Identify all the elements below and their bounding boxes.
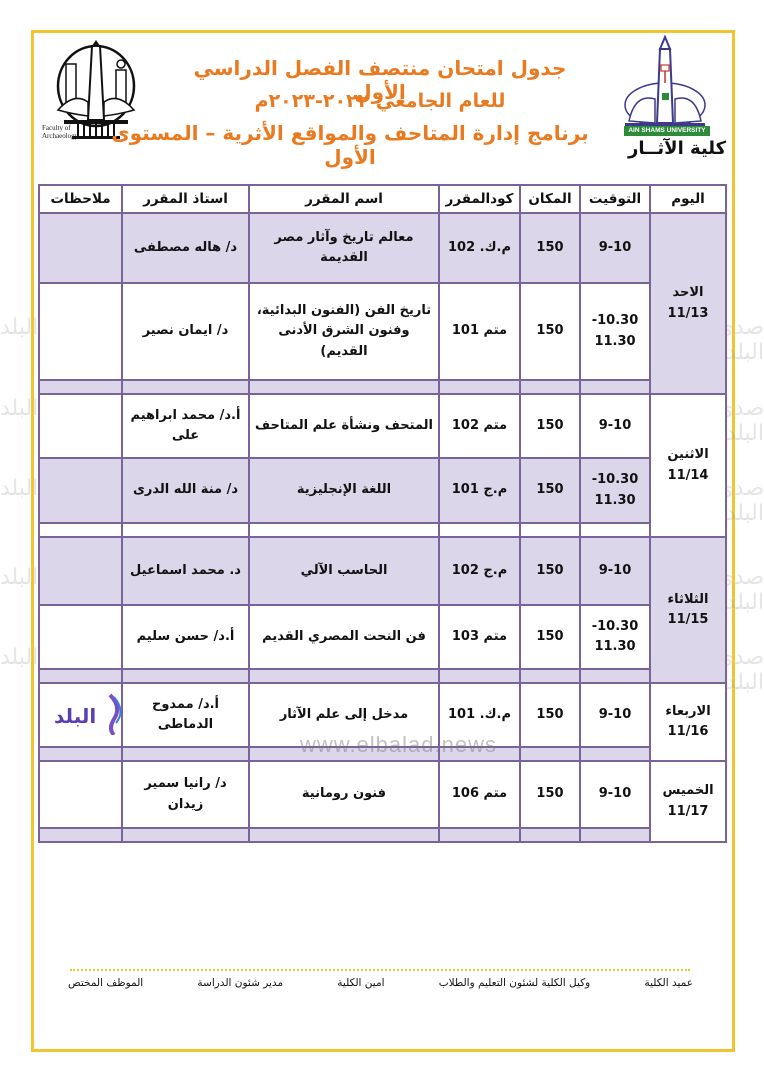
logo-caption-line1: Faculty of (42, 124, 78, 132)
table-row: 10.30- 11.30 150 م.ج 101 اللغة الإنجليزي… (39, 458, 726, 523)
time-cell: 9-10 (580, 683, 650, 747)
place-cell: 150 (520, 683, 580, 747)
day-cell: الاحد 11/13 (650, 213, 726, 394)
col-header-day: اليوم (650, 185, 726, 213)
instructor-cell: د/ هاله مصطفى (122, 213, 249, 283)
table-row: الخميس 11/17 9-10 150 متم 106 فنون رومان… (39, 761, 726, 828)
signature-vice-dean: وكيل الكلية لشئون التعليم والطلاب (439, 977, 591, 989)
elbalad-brand-logo-icon: البلد (52, 693, 124, 735)
day-name: الاربعاء (654, 702, 722, 722)
table-row: الاثنين 11/14 9-10 150 متم 102 المتحف ون… (39, 394, 726, 458)
code-cell: م.ج 101 (439, 458, 520, 523)
code-cell: م.ك. 102 (439, 213, 520, 283)
col-header-place: المكان (520, 185, 580, 213)
place-cell: 150 (520, 283, 580, 380)
spacer-row (39, 828, 726, 842)
col-header-code: كودالمقرر (439, 185, 520, 213)
day-name: الثلاثاء (654, 590, 722, 610)
time-cell: 9-10 (580, 537, 650, 605)
notes-cell (39, 537, 122, 605)
table-row: الثلاثاء 11/15 9-10 150 م.ج 102 الحاسب ا… (39, 537, 726, 605)
code-cell: متم 103 (439, 605, 520, 669)
course-cell: تاريخ الفن (الفنون البدائية، وفنون الشرق… (249, 283, 439, 380)
day-date: 11/16 (654, 722, 722, 742)
signature-dean: عميد الكلية (644, 977, 693, 989)
day-date: 11/13 (654, 304, 722, 324)
place-cell: 150 (520, 213, 580, 283)
code-cell: متم 102 (439, 394, 520, 458)
place-cell: 150 (520, 605, 580, 669)
time-cell: 10.30- 11.30 (580, 458, 650, 523)
course-cell: اللغة الإنجليزية (249, 458, 439, 523)
day-cell: الاربعاء 11/16 (650, 683, 726, 761)
day-cell: الثلاثاء 11/15 (650, 537, 726, 683)
svg-text:البلد: البلد (54, 704, 96, 728)
notes-cell (39, 761, 122, 828)
spacer-row (39, 523, 726, 537)
watermark-url: www.elbalad.news (300, 732, 497, 758)
table-row: 10.30- 11.30 150 متم 101 تاريخ الفن (الف… (39, 283, 726, 380)
place-cell: 150 (520, 458, 580, 523)
instructor-cell: د. محمد اسماعيل (122, 537, 249, 605)
course-cell: المتحف ونشأة علم المتاحف (249, 394, 439, 458)
course-cell: معالم تاريخ وآثار مصر القديمة (249, 213, 439, 283)
time-cell: 9-10 (580, 213, 650, 283)
notes-cell (39, 283, 122, 380)
time-cell: 9-10 (580, 394, 650, 458)
day-name: الخميس (654, 781, 722, 801)
col-header-time: التوقيت (580, 185, 650, 213)
table-row: الاحد 11/13 9-10 150 م.ك. 102 معالم تاري… (39, 213, 726, 283)
instructor-cell: د/ رانيا سمير زيدان (122, 761, 249, 828)
faculty-name: كلية الآثــار (628, 138, 726, 159)
col-header-notes: ملاحظات (39, 185, 122, 213)
instructor-cell: أ.د/ محمد ابراهيم على (122, 394, 249, 458)
day-cell: الاثنين 11/14 (650, 394, 726, 537)
signature-faculty-secretary: امين الكلية (337, 977, 384, 989)
notes-cell (39, 213, 122, 283)
table-row: 10.30- 11.30 150 متم 103 فن النحت المصري… (39, 605, 726, 669)
time-cell: 10.30- 11.30 (580, 605, 650, 669)
code-cell: متم 101 (439, 283, 520, 380)
signature-studies-director: مدير شئون الدراسة (197, 977, 283, 989)
spacer-row (39, 669, 726, 683)
signature-staff: الموظف المختص (68, 977, 143, 989)
instructor-cell: د/ منة الله الدرى (122, 458, 249, 523)
table-header-row: اليوم التوقيت المكان كودالمقرر اسم المقر… (39, 185, 726, 213)
signature-row: الموظف المختص مدير شئون الدراسة امين الك… (68, 977, 693, 989)
day-date: 11/15 (654, 610, 722, 630)
academic-year: للعام الجامعي ٢٠٢٢-٢٠٢٣م (170, 90, 590, 112)
instructor-cell: أ.د/ ممدوح الدماطى (122, 683, 249, 747)
place-cell: 150 (520, 537, 580, 605)
day-date: 11/17 (654, 802, 722, 822)
day-date: 11/14 (654, 466, 722, 486)
day-name: الاثنين (654, 445, 722, 465)
code-cell: متم 106 (439, 761, 520, 828)
time-cell: 10.30- 11.30 (580, 283, 650, 380)
program-level: برنامج إدارة المتاحف والمواقع الأثرية – … (110, 121, 590, 169)
day-cell: الخميس 11/17 (650, 761, 726, 842)
notes-cell (39, 605, 122, 669)
instructor-cell: أ.د/ حسن سليم (122, 605, 249, 669)
notes-cell (39, 394, 122, 458)
logo-right-banner: AIN SHAMS UNIVERSITY (624, 126, 710, 136)
logo-caption-line2: Archaeology (42, 132, 78, 140)
course-cell: فنون رومانية (249, 761, 439, 828)
day-name: الاحد (654, 283, 722, 303)
time-cell: 9-10 (580, 761, 650, 828)
col-header-instructor: استاذ المقرر (122, 185, 249, 213)
course-cell: فن النحت المصري القديم (249, 605, 439, 669)
logo-left-caption: Faculty of Archaeology (42, 124, 78, 140)
spacer-row (39, 380, 726, 394)
notes-cell (39, 458, 122, 523)
place-cell: 150 (520, 394, 580, 458)
instructor-cell: د/ ايمان نصير (122, 283, 249, 380)
col-header-course: اسم المقرر (249, 185, 439, 213)
code-cell: م.ج 102 (439, 537, 520, 605)
course-cell: الحاسب الآلي (249, 537, 439, 605)
place-cell: 150 (520, 761, 580, 828)
footer-divider (70, 969, 690, 971)
